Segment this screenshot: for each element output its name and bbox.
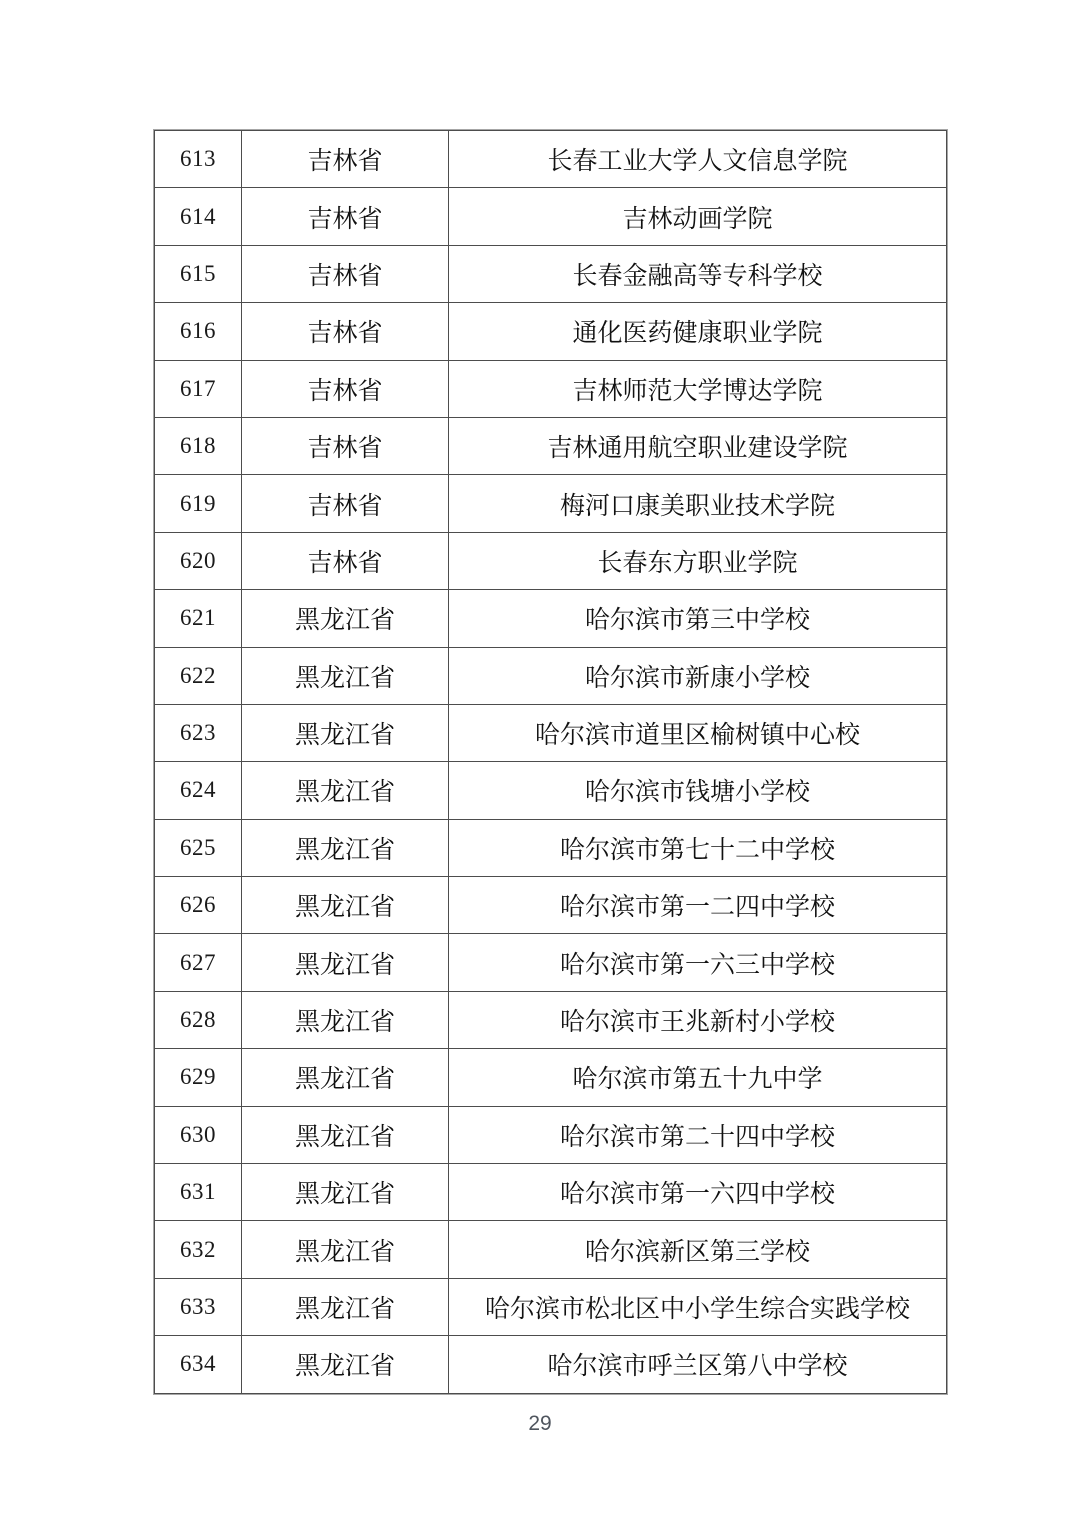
province-cell: 黑龙江省 xyxy=(242,877,449,934)
table-row: 629黑龙江省哈尔滨市第五十九中学 xyxy=(155,1049,947,1106)
page-number: 29 xyxy=(0,1412,1080,1436)
school-name-cell: 吉林通用航空职业建设学院 xyxy=(449,417,947,474)
row-number-cell: 629 xyxy=(155,1049,242,1106)
table-row: 619吉林省梅河口康美职业技术学院 xyxy=(155,475,947,532)
school-name-cell: 哈尔滨市呼兰区第八中学校 xyxy=(449,1336,947,1393)
table-row: 632黑龙江省哈尔滨新区第三学校 xyxy=(155,1221,947,1278)
table-row: 616吉林省通化医药健康职业学院 xyxy=(155,303,947,360)
school-name-cell: 哈尔滨市钱塘小学校 xyxy=(449,762,947,819)
province-cell: 黑龙江省 xyxy=(242,704,449,761)
row-number-cell: 616 xyxy=(155,303,242,360)
table-row: 613吉林省长春工业大学人文信息学院 xyxy=(155,131,947,188)
table-row: 623黑龙江省哈尔滨市道里区榆树镇中心校 xyxy=(155,704,947,761)
province-cell: 黑龙江省 xyxy=(242,1278,449,1335)
row-number-cell: 626 xyxy=(155,877,242,934)
school-name-cell: 哈尔滨市第一六四中学校 xyxy=(449,1164,947,1221)
province-cell: 黑龙江省 xyxy=(242,1336,449,1393)
school-name-cell: 哈尔滨市第五十九中学 xyxy=(449,1049,947,1106)
row-number-cell: 615 xyxy=(155,245,242,302)
province-cell: 黑龙江省 xyxy=(242,1049,449,1106)
table-row: 622黑龙江省哈尔滨市新康小学校 xyxy=(155,647,947,704)
school-name-cell: 梅河口康美职业技术学院 xyxy=(449,475,947,532)
table-row: 615吉林省长春金融高等专科学校 xyxy=(155,245,947,302)
school-name-cell: 长春东方职业学院 xyxy=(449,532,947,589)
table-row: 620吉林省长春东方职业学院 xyxy=(155,532,947,589)
row-number-cell: 624 xyxy=(155,762,242,819)
table-row: 617吉林省吉林师范大学博达学院 xyxy=(155,360,947,417)
school-name-cell: 哈尔滨市第一二四中学校 xyxy=(449,877,947,934)
province-cell: 吉林省 xyxy=(242,475,449,532)
row-number-cell: 625 xyxy=(155,819,242,876)
row-number-cell: 632 xyxy=(155,1221,242,1278)
province-cell: 吉林省 xyxy=(242,188,449,245)
school-name-cell: 吉林师范大学博达学院 xyxy=(449,360,947,417)
table-row: 631黑龙江省哈尔滨市第一六四中学校 xyxy=(155,1164,947,1221)
table-row: 621黑龙江省哈尔滨市第三中学校 xyxy=(155,590,947,647)
row-number-cell: 613 xyxy=(155,131,242,188)
province-cell: 吉林省 xyxy=(242,131,449,188)
row-number-cell: 621 xyxy=(155,590,242,647)
province-cell: 吉林省 xyxy=(242,417,449,474)
province-cell: 黑龙江省 xyxy=(242,819,449,876)
row-number-cell: 633 xyxy=(155,1278,242,1335)
province-cell: 黑龙江省 xyxy=(242,1106,449,1163)
province-cell: 黑龙江省 xyxy=(242,1164,449,1221)
table-row: 614吉林省吉林动画学院 xyxy=(155,188,947,245)
school-name-cell: 哈尔滨市王兆新村小学校 xyxy=(449,991,947,1048)
province-cell: 吉林省 xyxy=(242,303,449,360)
row-number-cell: 620 xyxy=(155,532,242,589)
province-cell: 黑龙江省 xyxy=(242,1221,449,1278)
row-number-cell: 614 xyxy=(155,188,242,245)
school-name-cell: 哈尔滨市第一六三中学校 xyxy=(449,934,947,991)
school-list-table-body: 613吉林省长春工业大学人文信息学院614吉林省吉林动画学院615吉林省长春金融… xyxy=(155,131,947,1394)
row-number-cell: 623 xyxy=(155,704,242,761)
table-row: 618吉林省吉林通用航空职业建设学院 xyxy=(155,417,947,474)
school-name-cell: 哈尔滨市松北区中小学生综合实践学校 xyxy=(449,1278,947,1335)
province-cell: 黑龙江省 xyxy=(242,991,449,1048)
province-cell: 吉林省 xyxy=(242,360,449,417)
province-cell: 黑龙江省 xyxy=(242,762,449,819)
school-name-cell: 哈尔滨新区第三学校 xyxy=(449,1221,947,1278)
province-cell: 吉林省 xyxy=(242,245,449,302)
row-number-cell: 622 xyxy=(155,647,242,704)
table-row: 627黑龙江省哈尔滨市第一六三中学校 xyxy=(155,934,947,991)
school-name-cell: 通化医药健康职业学院 xyxy=(449,303,947,360)
row-number-cell: 631 xyxy=(155,1164,242,1221)
table-row: 634黑龙江省哈尔滨市呼兰区第八中学校 xyxy=(155,1336,947,1393)
row-number-cell: 630 xyxy=(155,1106,242,1163)
school-name-cell: 哈尔滨市第七十二中学校 xyxy=(449,819,947,876)
table-row: 628黑龙江省哈尔滨市王兆新村小学校 xyxy=(155,991,947,1048)
school-name-cell: 哈尔滨市道里区榆树镇中心校 xyxy=(449,704,947,761)
school-name-cell: 长春工业大学人文信息学院 xyxy=(449,131,947,188)
school-name-cell: 长春金融高等专科学校 xyxy=(449,245,947,302)
province-cell: 吉林省 xyxy=(242,532,449,589)
province-cell: 黑龙江省 xyxy=(242,934,449,991)
row-number-cell: 617 xyxy=(155,360,242,417)
school-name-cell: 哈尔滨市第三中学校 xyxy=(449,590,947,647)
school-list-table: 613吉林省长春工业大学人文信息学院614吉林省吉林动画学院615吉林省长春金融… xyxy=(154,130,947,1394)
table-row: 630黑龙江省哈尔滨市第二十四中学校 xyxy=(155,1106,947,1163)
document-page: 613吉林省长春工业大学人文信息学院614吉林省吉林动画学院615吉林省长春金融… xyxy=(0,0,1080,1527)
school-name-cell: 吉林动画学院 xyxy=(449,188,947,245)
row-number-cell: 628 xyxy=(155,991,242,1048)
province-cell: 黑龙江省 xyxy=(242,647,449,704)
table-row: 624黑龙江省哈尔滨市钱塘小学校 xyxy=(155,762,947,819)
province-cell: 黑龙江省 xyxy=(242,590,449,647)
row-number-cell: 634 xyxy=(155,1336,242,1393)
table-row: 633黑龙江省哈尔滨市松北区中小学生综合实践学校 xyxy=(155,1278,947,1335)
row-number-cell: 619 xyxy=(155,475,242,532)
school-name-cell: 哈尔滨市第二十四中学校 xyxy=(449,1106,947,1163)
row-number-cell: 618 xyxy=(155,417,242,474)
table-row: 626黑龙江省哈尔滨市第一二四中学校 xyxy=(155,877,947,934)
table-row: 625黑龙江省哈尔滨市第七十二中学校 xyxy=(155,819,947,876)
school-name-cell: 哈尔滨市新康小学校 xyxy=(449,647,947,704)
row-number-cell: 627 xyxy=(155,934,242,991)
